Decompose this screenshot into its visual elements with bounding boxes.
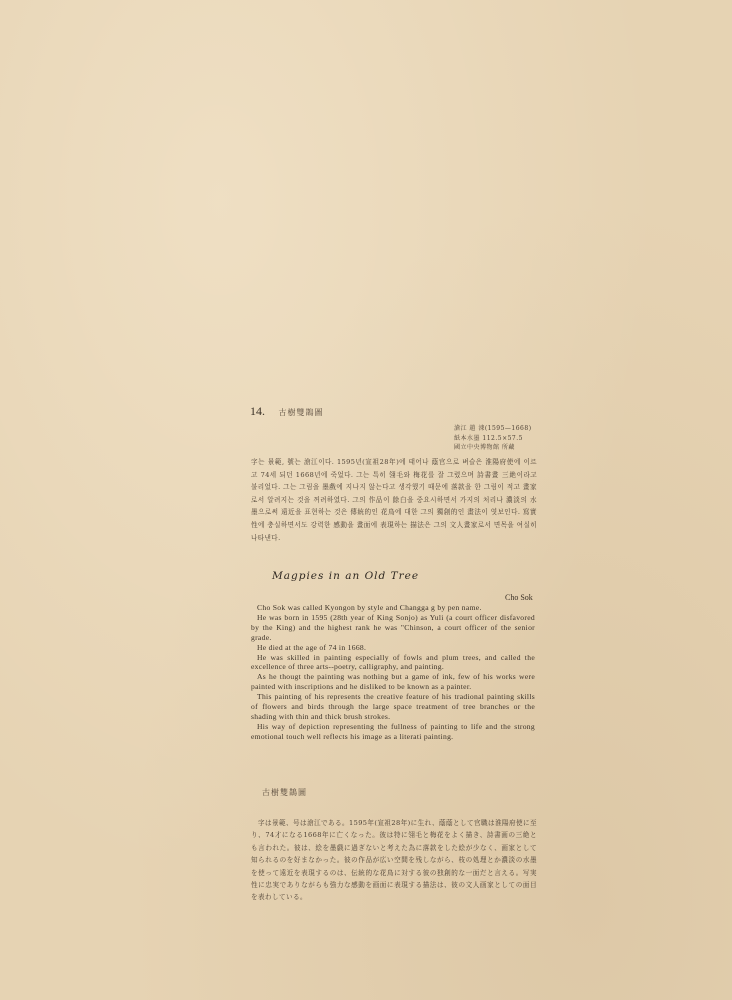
japanese-description: 字は景範、号は滄江である。1595年(宣祖28年)に生れ、蔭蔭として官職は淮陽府…	[251, 817, 537, 904]
medium-size-line: 紙本水墨 112.5×57.5	[454, 434, 532, 444]
english-title: Magpies in an Old Tree	[272, 570, 419, 582]
catalog-page: 14. 古樹雙鵲圖 滄江 趙 涑(1595—1668) 紙本水墨 112.5×5…	[0, 0, 732, 1000]
japanese-paragraph: 字は景範、号は滄江である。1595年(宣祖28年)に生れ、蔭蔭として官職は淮陽府…	[251, 817, 537, 904]
korean-description: 字는 景範, 號는 滄江이다. 1595년(宣祖28年)에 태어나 蔭官으로 벼…	[251, 456, 537, 544]
english-paragraph: This painting of his represents the crea…	[251, 692, 535, 722]
artist-line: 滄江 趙 涑(1595—1668)	[454, 424, 532, 434]
section-number: 14.	[250, 404, 265, 418]
section-title-korean: 古樹雙鵲圖	[279, 408, 324, 417]
english-paragraph: He was skilled in painting especially of…	[251, 653, 535, 673]
english-paragraph: He was born in 1595 (28th year of King S…	[251, 613, 535, 643]
japanese-title: 古樹雙鵲圖	[262, 787, 307, 798]
english-paragraph: Cho Sok was called Kyongon by style and …	[251, 603, 535, 613]
section-heading: 14. 古樹雙鵲圖	[250, 404, 324, 419]
artwork-credit: 滄江 趙 涑(1595—1668) 紙本水墨 112.5×57.5 國立中央博物…	[454, 424, 532, 453]
english-author: Cho Sok	[505, 593, 533, 602]
english-paragraph: His way of depiction representing the fu…	[251, 722, 535, 742]
english-paragraph: As he thougt the painting was nothing bu…	[251, 672, 535, 692]
english-description: Cho Sok was called Kyongon by style and …	[251, 603, 535, 742]
korean-paragraph: 字는 景範, 號는 滄江이다. 1595년(宣祖28年)에 태어나 蔭官으로 벼…	[251, 456, 537, 544]
english-paragraph: He died at the age of 74 in 1668.	[251, 643, 535, 653]
collection-line: 國立中央博物館 所藏	[454, 443, 532, 453]
